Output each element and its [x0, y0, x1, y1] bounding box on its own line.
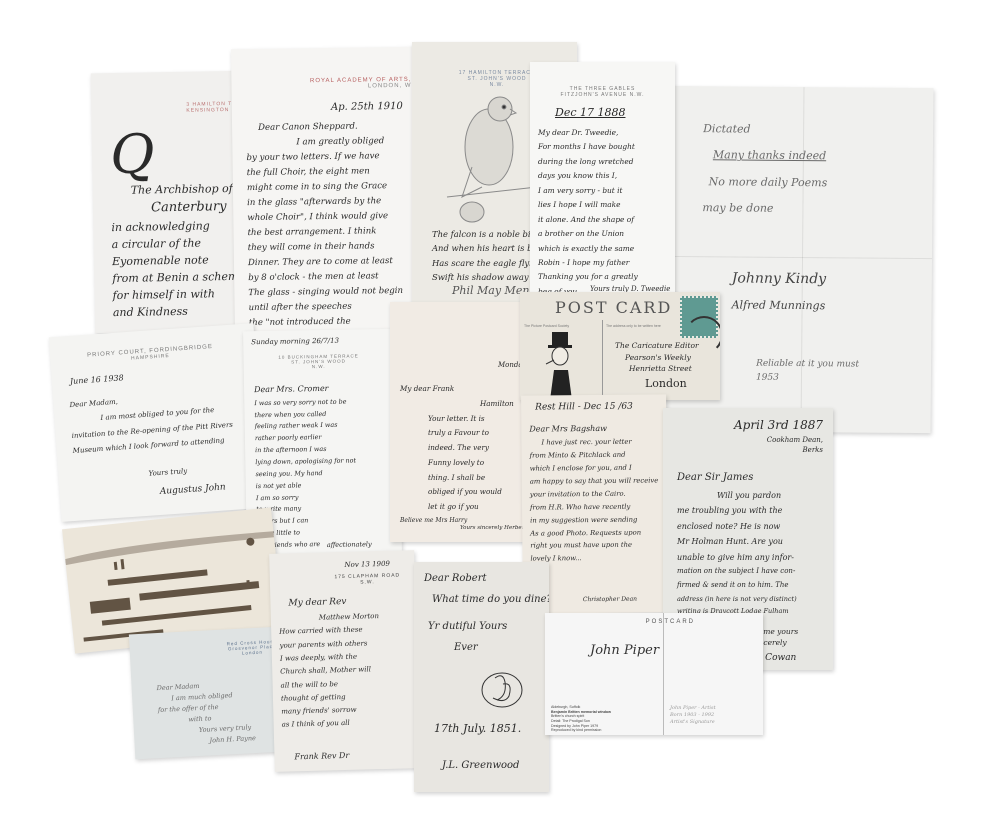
signature: Yours sincerely Herbert Ward: [460, 524, 528, 533]
letterhead: The Three Gables Fitzjohn's Avenue N.W.: [540, 86, 665, 98]
postcard-divider: [663, 613, 664, 735]
letter-three-gables: The Three Gables Fitzjohn's Avenue N.W. …: [530, 62, 675, 302]
signature: Johnny Kindy Alfred Munnings: [731, 264, 826, 317]
signature: affectionately: [327, 539, 372, 550]
john-piper-postcard: POSTCARD John Piper Aldeburgh, Suffolk B…: [545, 613, 763, 735]
letter-date: Nov 13 1909: [344, 559, 390, 571]
letterhead: Cookham Dean, Berks: [767, 436, 823, 456]
letter-body: My dear Frank Hamilton Your letter. It i…: [400, 382, 514, 527]
letter-date: Rest Hill - Dec 15 /63: [535, 401, 633, 416]
letter-royal-academy: Royal Academy of Arts, London, W Ap. 25t…: [231, 47, 420, 340]
letter-my-dear-frank: Monday My dear Frank Hamilton Your lette…: [390, 302, 528, 542]
letter-dear-rev: Nov 13 1909 175 Clapham Road S.W. My dea…: [269, 550, 420, 772]
signature: Christopher Dean: [583, 595, 637, 605]
footer-note: Reliable at it you must 1953: [756, 357, 859, 387]
signature: J.L. Greenwood: [442, 758, 519, 774]
post-card: POST CARD The Picture Postcard Society T…: [520, 292, 720, 400]
letter-body: Dear Canon Sheppard. I am greatly oblige…: [246, 119, 404, 332]
letter-body: Dear Robert What time do you dine? Yr du…: [424, 568, 549, 658]
letter-closing: Yours truly: [148, 466, 187, 480]
signature: John Piper: [590, 641, 659, 661]
postcard-left-caption: The Picture Postcard Society: [524, 324, 594, 328]
pencil-note: John Piper - Artist Born 1903 - 1992 Art…: [670, 705, 716, 726]
letter-priory-court: Priory Court, Fordingbridge Hampshire Ju…: [49, 323, 266, 522]
letter-date: April 3rd 1887: [734, 416, 823, 435]
letter-body: My dear Rev Matthew Morton How carried w…: [278, 593, 382, 732]
letterhead: 17 Hamilton Terrace St. John's Wood N.W.: [452, 70, 542, 88]
letterhead: Royal Academy of Arts, London, W: [261, 77, 411, 91]
letter-date: June 16 1938: [70, 372, 125, 388]
postcard-header: POSTCARD: [615, 619, 695, 625]
letterhead: 10 Buckingham Terrace St. John's Wood N.…: [273, 353, 363, 370]
letterhead: 175 Clapham Road S.W.: [325, 572, 410, 586]
signature: Augustus John: [159, 481, 226, 500]
letter-dear-robert: Dear Robert What time do you dine? Yr du…: [414, 562, 549, 792]
postcard-right-caption: The address only to be written here: [606, 324, 676, 328]
signature: Frank Rev Dr: [294, 750, 349, 764]
monogram: [479, 670, 525, 710]
letter-body: Q The Archbishop of Canterbury in acknow…: [110, 126, 246, 322]
fold-line: [662, 256, 932, 259]
letter-date: Dec 17 1888: [555, 104, 625, 121]
postcard-caption: Aldeburgh, Suffolk Benjamin Britten memo…: [551, 705, 611, 733]
letter-body: My dear Dr. Tweedie, For months I have b…: [538, 126, 638, 299]
letter-body: Dear Madam I am much obliged for the off…: [156, 678, 256, 749]
letter-date: 17th July. 1851.: [434, 720, 521, 737]
caricature-drawing: [540, 330, 585, 400]
letter-date: Sunday morning 26/7/13: [251, 336, 339, 348]
postcard-divider: [602, 320, 603, 400]
letter-date: Ap. 25th 1910: [331, 99, 403, 116]
postcard-title: POST CARD: [555, 298, 672, 317]
letter-body: Dear Mrs Bagshaw I have just rec. your l…: [529, 420, 659, 565]
letter-body: Dear Sir James Will you pardon me troubl…: [677, 468, 797, 618]
letter-body: Dear Madam, I am most obliged to you for…: [69, 387, 234, 460]
letterhead: Priory Court, Fordingbridge Hampshire: [70, 343, 230, 366]
falcon-drawing: [442, 87, 537, 227]
postcard-address: The Caricature Editor Pearson's Weekly H…: [615, 340, 699, 392]
letter-body: Dictated Many thanks indeed No more dail…: [702, 116, 827, 223]
letter-archbishop: 3 Hamilton Terrace Kensington Q The Arch…: [91, 71, 256, 334]
